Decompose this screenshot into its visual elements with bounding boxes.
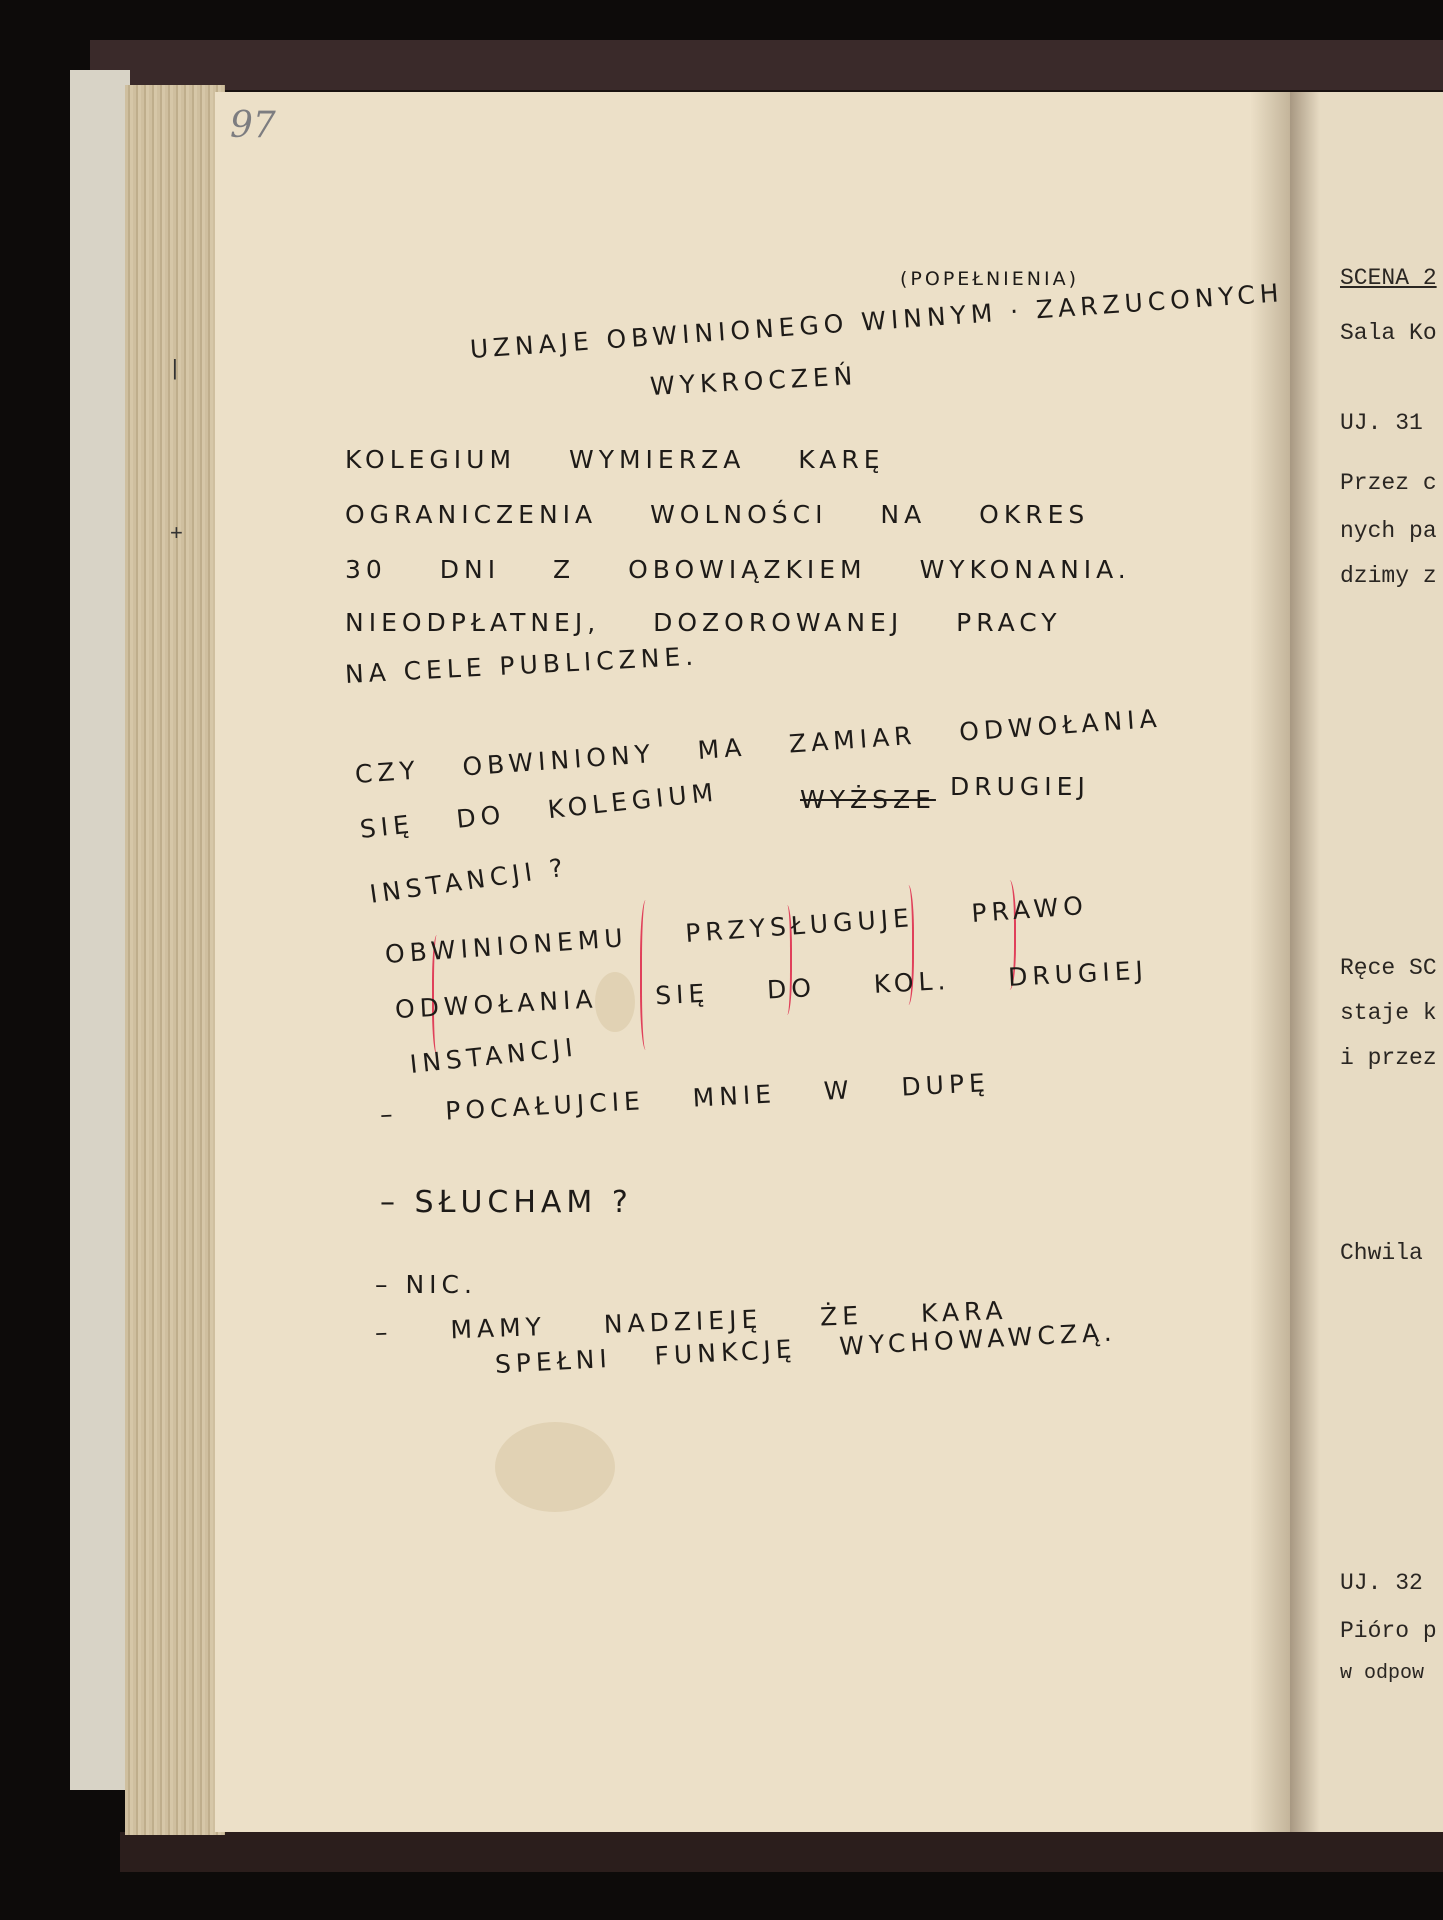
page-number: 97	[230, 105, 276, 146]
paper-stain	[495, 1422, 615, 1512]
page-block-edge	[125, 85, 225, 1835]
sentence-line-2: OGRANICZENIA WOLNOŚCI NA OKRES	[345, 500, 1089, 529]
dialogue-line-2: – SŁUCHAM ?	[380, 1185, 633, 1220]
typed-line: staje k	[1340, 1000, 1437, 1026]
typed-line: Pióro p	[1340, 1618, 1437, 1644]
typed-line: Przez c	[1340, 470, 1437, 496]
book-cover-bottom	[120, 1832, 1443, 1872]
dialogue-line-3: – NIC.	[375, 1270, 477, 1299]
typed-line: nych pa	[1340, 518, 1437, 544]
scene-heading: SCENA 2	[1340, 265, 1437, 291]
sentence-line-4: NIEODPŁATNEJ, DOZOROWANEJ PRACY	[345, 608, 1062, 637]
margin-mark: |	[172, 355, 178, 381]
verdict-insert: (POPEŁNIENIA)	[900, 268, 1079, 290]
question-insert: DRUGIEJ	[950, 772, 1090, 801]
typed-line: i przez	[1340, 1045, 1437, 1071]
typed-line: Ręce SC	[1340, 955, 1437, 981]
sentence-line-1: KOLEGIUM WYMIERZA KARĘ	[345, 445, 885, 474]
struck-word: WYŻSZE	[800, 785, 936, 814]
margin-mark: +	[170, 520, 183, 546]
sentence-line-3: 30 DNI Z OBOWIĄZKIEM WYKONANIA.	[345, 555, 1131, 584]
shot-label: UJ. 32	[1340, 1570, 1423, 1596]
typed-line: w odpow	[1340, 1662, 1424, 1685]
book-cover-left	[70, 70, 130, 1790]
typed-line: Chwila	[1340, 1240, 1423, 1266]
shot-label: UJ. 31	[1340, 410, 1423, 436]
book-cover-top	[90, 40, 1443, 93]
typed-line: dzimy z	[1340, 563, 1437, 589]
typed-line: Sala Ko	[1340, 320, 1437, 346]
